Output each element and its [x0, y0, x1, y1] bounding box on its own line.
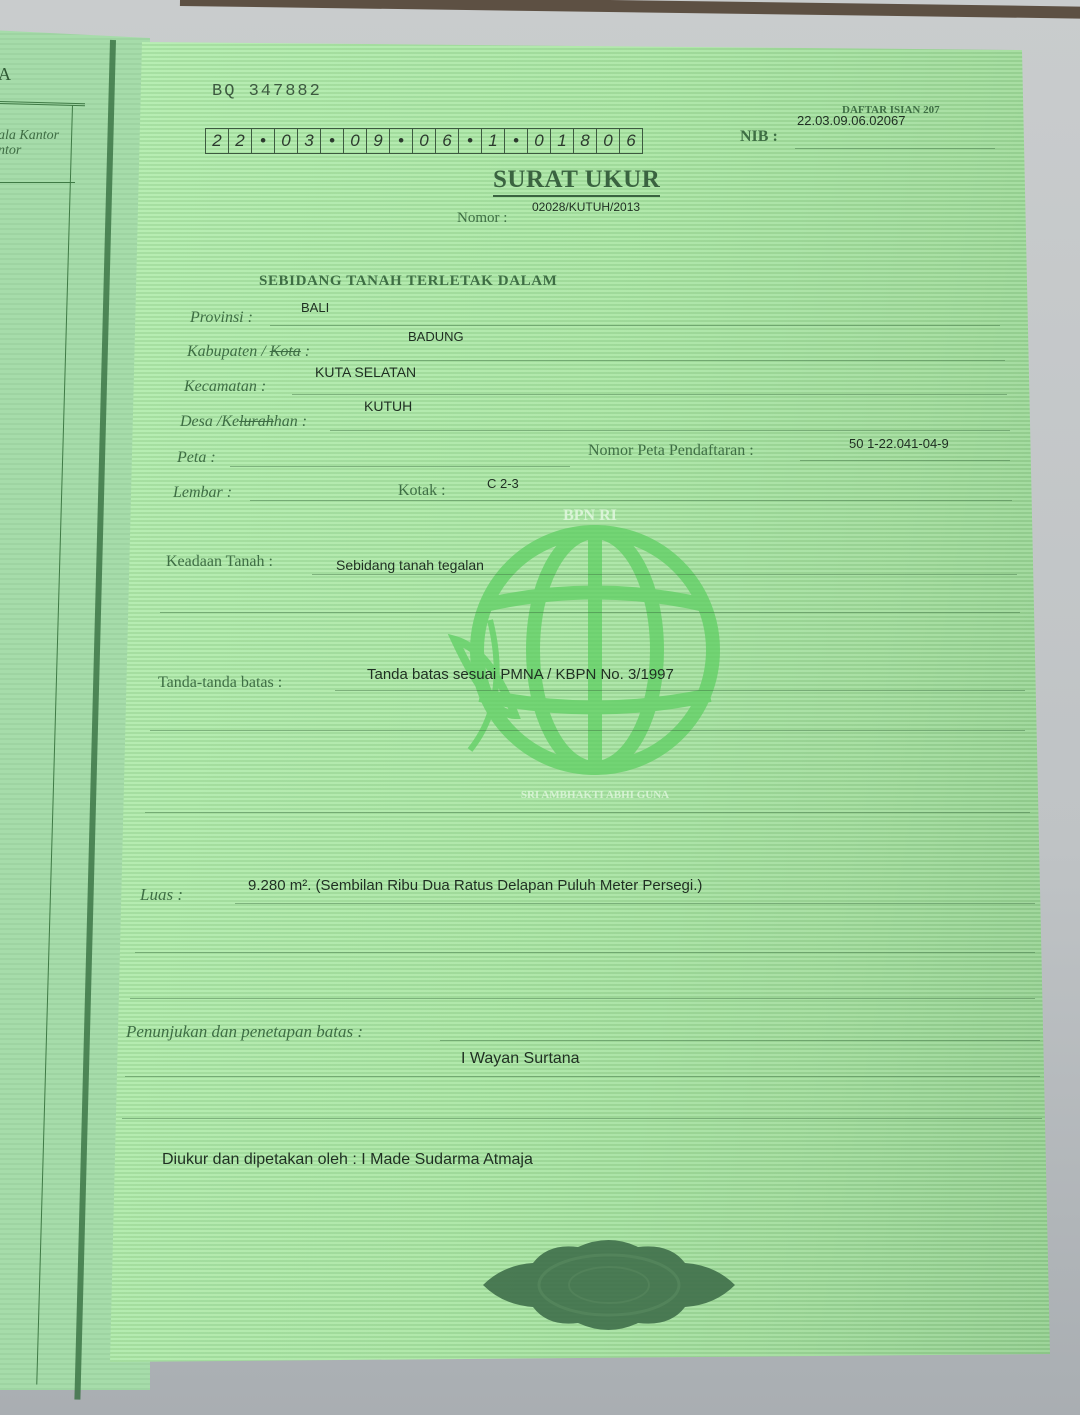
- penunjukan-value: I Wayan Surtana: [461, 1050, 580, 1068]
- id-box: •: [459, 129, 482, 153]
- watermark-bottom-text: SRI AMBHAKTI ABHI GUNA: [521, 789, 669, 801]
- photo-scene: A ala Kantor ntor BPN RI SRI AMBHAKTI AB…: [0, 0, 1080, 1415]
- id-box: 6: [436, 129, 459, 153]
- nomor-peta-label: Nomor Peta Pendaftaran :: [588, 442, 754, 460]
- id-box: •: [252, 129, 275, 153]
- luas-label: Luas :: [140, 885, 183, 905]
- lembar-label: Lembar :: [173, 484, 232, 502]
- tanda-batas-line-2: [150, 730, 1025, 731]
- penunjukan-line-2: [125, 1076, 1040, 1077]
- keadaan-value: Sebidang tanah tegalan: [336, 557, 484, 573]
- kecamatan-line: [292, 394, 1007, 395]
- tanda-batas-line-3: [145, 812, 1030, 813]
- provinsi-value: BALI: [301, 300, 329, 315]
- kabupaten-value: BADUNG: [408, 329, 464, 344]
- keadaan-line-1: [312, 574, 1017, 575]
- globe-emblem-icon: BPN RI SRI AMBHAKTI ABHI GUNA: [430, 500, 740, 810]
- id-box: 0: [275, 129, 298, 153]
- tanda-batas-line-1: [335, 690, 1025, 691]
- nib-value: 22.03.09.06.02067: [797, 113, 905, 128]
- id-box: 1: [551, 129, 574, 153]
- id-box: 0: [528, 129, 551, 153]
- id-box: 2: [206, 129, 229, 153]
- vertical-rule: [36, 105, 73, 1385]
- kantor-line-1: ala Kantor: [0, 128, 59, 143]
- id-box: 1: [482, 129, 505, 153]
- id-box: 2: [229, 129, 252, 153]
- peta-line: [230, 466, 570, 467]
- kabupaten-label: Kabupaten / Kota :: [187, 343, 310, 361]
- luas-value: 9.280 m². (Sembilan Ribu Dua Ratus Delap…: [248, 877, 702, 894]
- kabupaten-line: [340, 360, 1005, 361]
- peta-label: Peta :: [177, 449, 216, 467]
- lembar-line: [250, 500, 1012, 501]
- luas-line-2: [135, 952, 1035, 953]
- id-box: 6: [620, 129, 642, 153]
- id-box: 0: [413, 129, 436, 153]
- nomor-value: 02028/KUTUH/2013: [532, 200, 640, 214]
- penunjukan-line-3: [122, 1118, 1042, 1119]
- luas-line-1: [235, 903, 1035, 904]
- id-box: 3: [298, 129, 321, 153]
- tanda-batas-value: Tanda batas sesuai PMNA / KBPN No. 3/199…: [367, 666, 674, 683]
- provinsi-label: Provinsi :: [190, 309, 253, 327]
- id-box: •: [505, 129, 528, 153]
- kotak-value: C 2-3: [487, 476, 519, 491]
- location-heading: SEBIDANG TANAH TERLETAK DALAM: [259, 273, 557, 290]
- desa-label: Desa /Kelurahhan :: [180, 413, 307, 431]
- luas-line-3: [130, 998, 1035, 999]
- nib-label: NIB :: [740, 128, 778, 146]
- kantor-line-2: ntor: [0, 143, 59, 158]
- keadaan-label: Keadaan Tanah :: [166, 553, 273, 571]
- id-box: 0: [344, 129, 367, 153]
- provinsi-line: [270, 325, 1000, 326]
- id-box: 8: [574, 129, 597, 153]
- desa-value: KUTUH: [364, 398, 412, 414]
- page-mark: A: [0, 64, 11, 85]
- kecamatan-label: Kecamatan :: [184, 378, 266, 396]
- kantor-text: ala Kantor ntor: [0, 128, 59, 158]
- kotak-label: Kotak :: [398, 482, 446, 500]
- serial-number: BQ 347882: [212, 82, 322, 101]
- penunjukan-label: Penunjukan dan penetapan batas :: [126, 1022, 363, 1042]
- tanda-batas-label: Tanda-tanda batas :: [158, 674, 282, 692]
- rule: [0, 182, 75, 183]
- nomor-peta-line: [800, 460, 1010, 461]
- id-box: •: [390, 129, 413, 153]
- nomor-peta-value: 50 1-22.041-04-9: [849, 436, 949, 451]
- penunjukan-line-1: [440, 1040, 1040, 1041]
- document-title: SURAT UKUR: [493, 166, 660, 197]
- table-edge: [180, 0, 1080, 19]
- keadaan-line-2: [160, 612, 1020, 613]
- nib-line: [795, 148, 995, 149]
- watermark-top-text: BPN RI: [563, 507, 617, 524]
- desa-line: [330, 430, 1010, 431]
- rosette-seal-icon: [478, 1235, 740, 1335]
- id-number-boxes: 2 2 • 0 3 • 0 9 • 0 6 • 1 • 0 1 8 0 6: [205, 128, 643, 154]
- id-box: 9: [367, 129, 390, 153]
- nomor-label: Nomor :: [457, 210, 507, 227]
- diukur-text: Diukur dan dipetakan oleh : I Made Sudar…: [162, 1151, 533, 1169]
- id-box: 0: [597, 129, 620, 153]
- id-box: •: [321, 129, 344, 153]
- kecamatan-value: KUTA SELATAN: [315, 364, 416, 380]
